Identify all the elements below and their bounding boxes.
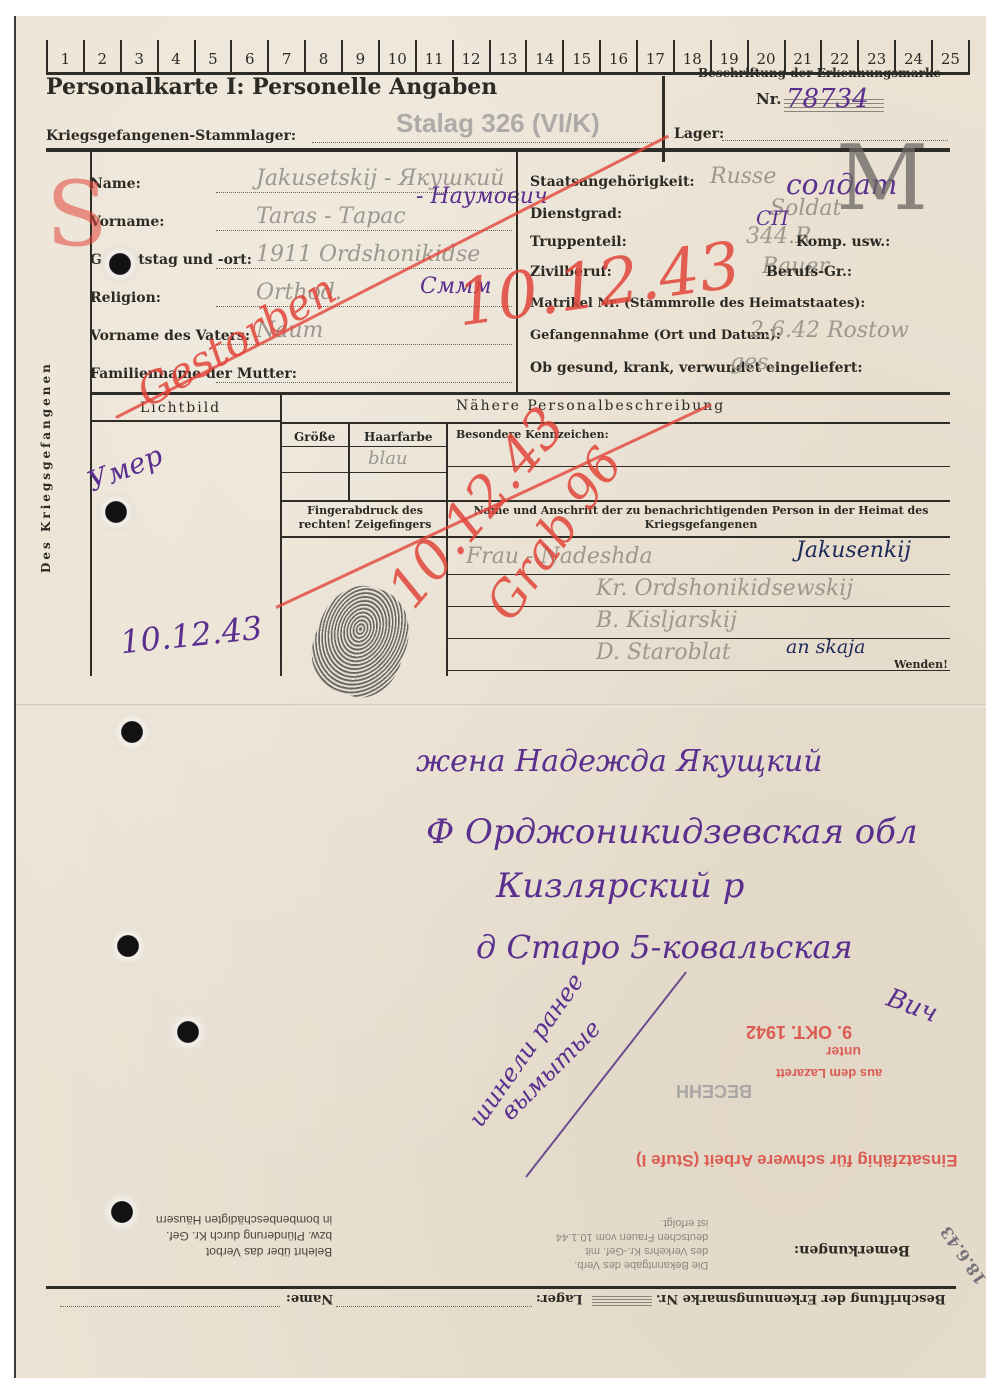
stamp-line: in bombenbeschädigten Häusern bbox=[156, 1212, 332, 1228]
bemerkungen-label: Bemerkungen: bbox=[794, 1242, 910, 1258]
military-field-value: Russe bbox=[710, 164, 776, 189]
stammlager-label: Kriegsgefangenen-Stammlager: bbox=[46, 128, 296, 144]
military-field-label: Staatsangehörigkeit: bbox=[530, 174, 695, 190]
contact-line: Kr. Ordshonikidsewskij bbox=[596, 576, 853, 601]
column-number: 6 bbox=[230, 40, 267, 72]
photo-ink-note: Умер bbox=[83, 439, 168, 499]
military-field-label: Komp. usw.: bbox=[796, 234, 890, 250]
hair-label: Haarfarbe bbox=[364, 430, 433, 444]
lazarett-stamp-unter: unter bbox=[826, 1044, 861, 1060]
military-field-label: Dienstgrad: bbox=[530, 206, 622, 222]
military-field-ink: СП bbox=[756, 206, 789, 230]
column-number: 14 bbox=[525, 40, 562, 72]
lazarett-stamp-date: 9. OKT. 1942 bbox=[746, 1021, 852, 1042]
personal-field-value: Taras - Тарас bbox=[256, 204, 406, 229]
turn-over-label: Wenden! bbox=[894, 658, 948, 671]
pencil-initial: M bbox=[836, 126, 928, 231]
card-title: Personalkarte I: Personelle Angaben bbox=[46, 74, 497, 100]
einsatz-stamp: Einsatzfähig für schwere Arbeit (Stufe I… bbox=[636, 1150, 957, 1170]
lager-label: Lager: bbox=[674, 126, 724, 142]
contact-ink-village: an skaja bbox=[786, 636, 865, 658]
punch-hole bbox=[166, 1012, 210, 1052]
column-number: 2 bbox=[83, 40, 120, 72]
military-field-label: Gefangennahme (Ort und Datum): bbox=[530, 328, 781, 343]
contact-ink-surname: Jakusenkij bbox=[796, 538, 911, 563]
column-number: 10 bbox=[378, 40, 415, 72]
back-ink-line: Кизлярский р bbox=[496, 866, 744, 906]
back-ink-signature: Вич bbox=[882, 983, 941, 1029]
footer-lager-label: Lager: bbox=[536, 1291, 583, 1306]
size-label: Größe bbox=[294, 430, 335, 444]
military-field-label: Berufs-Gr.: bbox=[766, 264, 852, 280]
erkennungsmarke-label: Beschriftung der Erkennungsmarke bbox=[698, 66, 941, 80]
red-s-mark: S bbox=[46, 162, 108, 267]
description-header: Nähere Personalbeschreibung bbox=[456, 398, 725, 414]
stamp-line: deutschen Frauen vom 10.1.44 bbox=[556, 1230, 708, 1244]
stamp-line: bzw. Plünderung durch Kr. Gef. bbox=[156, 1228, 332, 1244]
bekanntgabe-stamp: Die Bekanntgabe des Verb.des Verkehrs Kr… bbox=[556, 1216, 708, 1272]
personal-field-label: Religion: bbox=[90, 290, 161, 306]
stamp-line: Die Bekanntgabe des Verb. bbox=[556, 1258, 708, 1272]
column-number: 8 bbox=[304, 40, 341, 72]
personal-field-value: 1911 Ordshonikidse bbox=[256, 242, 480, 267]
column-number: 9 bbox=[341, 40, 378, 72]
footer-erkennungsmarke-label: Beschriftung der Erkennungsmarke Nr. bbox=[656, 1291, 946, 1306]
back-ink-line: жена Надежда Якущкий bbox=[416, 744, 823, 779]
nr-label: Nr. bbox=[756, 90, 781, 108]
column-number: 12 bbox=[452, 40, 489, 72]
contact-line: D. Staroblat bbox=[596, 640, 731, 665]
side-label: Des Kriegsgefangenen bbox=[39, 433, 53, 453]
military-field-value: 2.6.42 Rostow bbox=[750, 318, 909, 343]
punch-hole bbox=[98, 244, 142, 284]
column-number: 1 bbox=[46, 40, 83, 72]
fold-crease bbox=[16, 704, 986, 707]
column-number: 4 bbox=[157, 40, 194, 72]
photo-ink-date: 10.12.43 bbox=[118, 609, 264, 662]
punch-hole bbox=[110, 712, 154, 752]
stalag-stamp: Stalag 326 (VI/K) bbox=[396, 108, 600, 139]
back-ink-line: д Старо 5-ковальская bbox=[476, 928, 853, 966]
column-number: 11 bbox=[415, 40, 452, 72]
column-number: 15 bbox=[562, 40, 599, 72]
punch-hole bbox=[94, 492, 138, 532]
date-stamp: 18.6.43 bbox=[936, 1223, 990, 1289]
stamp-line: ist erfolgt. bbox=[556, 1216, 708, 1230]
punch-hole bbox=[100, 1192, 144, 1232]
belehrt-stamp: Belehrt über das Verbotbzw. Plünderung d… bbox=[156, 1212, 332, 1260]
column-number: 17 bbox=[636, 40, 673, 72]
stamp-line: Belehrt über das Verbot bbox=[156, 1244, 332, 1260]
column-number: 16 bbox=[599, 40, 636, 72]
column-number: 7 bbox=[267, 40, 304, 72]
stamp-line: des Verkehrs Kr.-Gef. mit bbox=[556, 1244, 708, 1258]
lazarett-stamp-line: aus dem Lazarett bbox=[776, 1066, 882, 1081]
column-number: 13 bbox=[489, 40, 526, 72]
punch-hole bbox=[106, 926, 150, 966]
footer-name-label: Name: bbox=[286, 1291, 333, 1306]
gray-stamp: ВЕСЕНН bbox=[676, 1080, 752, 1101]
back-ink-line: Ф Орджоникидзевская обл bbox=[426, 812, 918, 852]
erkennungsmarke-number: 78734 bbox=[786, 84, 869, 114]
hair-value: blau bbox=[368, 448, 408, 469]
column-number: 5 bbox=[194, 40, 231, 72]
military-field-label: Ob gesund, krank, verwundet eingeliefert… bbox=[530, 360, 863, 376]
personalkarte: 1234567891011121314151617181920212223242… bbox=[14, 16, 986, 1378]
contact-line: B. Kisljarskij bbox=[596, 608, 737, 633]
column-number: 3 bbox=[120, 40, 157, 72]
military-field-value: ges. bbox=[730, 350, 775, 375]
